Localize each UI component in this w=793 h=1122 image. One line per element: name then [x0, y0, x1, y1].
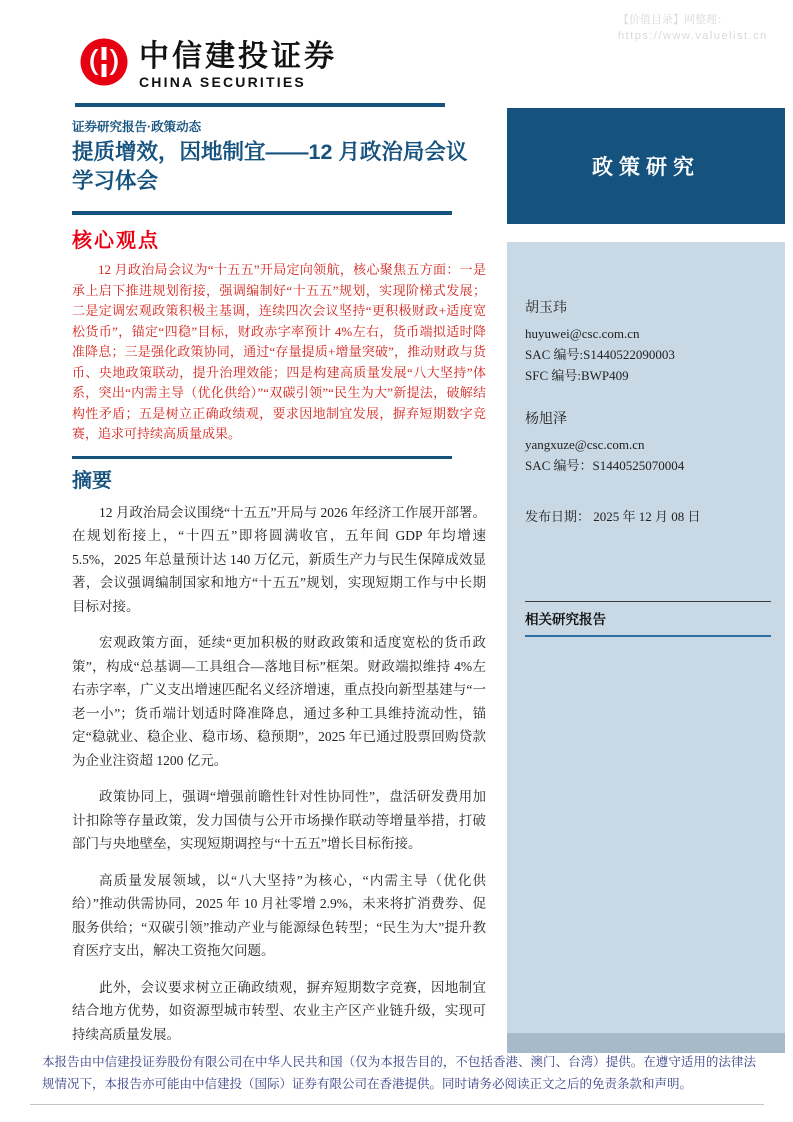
summary-paragraph: 此外，会议要求树立正确政绩观，摒弃短期数字竞赛，因地制宜结合地方优势，如资源型城…: [72, 976, 486, 1047]
analyst-block: 杨旭泽 yangxuze@csc.com.cn SAC 编号：S14405250…: [525, 408, 771, 476]
main-column: 证券研究报告·政策动态 提质增效，因地制宜——12 月政治局会议学习体会 核心观…: [72, 117, 486, 1059]
watermark: 【价值目录】网整理： https://www.valuelist.cn: [618, 12, 768, 44]
publish-date: 发布日期： 2025 年 12 月 08 日: [525, 506, 771, 525]
section-divider-core: [72, 211, 452, 215]
report-page: 【价值目录】网整理： https://www.valuelist.cn 中信建投…: [0, 0, 793, 1122]
category-banner-label: 政策研究: [592, 151, 700, 181]
analyst-name: 杨旭泽: [525, 408, 771, 428]
analyst-name: 胡玉玮: [525, 297, 771, 317]
footer-disclaimer: 本报告由中信建投证券股份有限公司在中华人民共和国（仅为本报告目的，不包括香港、澳…: [42, 1051, 756, 1095]
watermark-source: 【价值目录】网整理：: [618, 12, 768, 28]
sidebar-bottom-band: [507, 1033, 785, 1053]
summary-paragraph: 宏观政策方面，延续“更加积极的财政政策和适度宽松的货币政策”，构成“总基调—工具…: [72, 631, 486, 772]
analyst-email: yangxuze@csc.com.cn: [525, 434, 771, 455]
brand-name-en: CHINA SECURITIES: [139, 74, 337, 90]
summary-paragraph: 高质量发展领域，以“八大坚持”为核心，“内需主导（优化供给）”推动供需协同，20…: [72, 869, 486, 963]
related-reports-section: 相关研究报告: [525, 601, 771, 637]
section-divider-summary: [72, 456, 452, 459]
brand-header: 中信建投证券 CHINA SECURITIES: [80, 38, 337, 91]
brand-name-cn: 中信建投证券: [139, 40, 337, 74]
summary-heading: 摘要: [72, 464, 486, 493]
related-reports-heading: 相关研究报告: [525, 602, 771, 635]
core-view-text: 12 月政治局会议为“十五五”开局定向领航，核心聚焦五方面：一是承上启下推进规划…: [72, 260, 486, 445]
core-view-heading: 核心观点: [72, 224, 486, 253]
watermark-url: https://www.valuelist.cn: [618, 28, 768, 44]
report-series-label: 证券研究报告·政策动态: [72, 117, 486, 135]
summary-paragraph: 12 月政治局会议围绕“十五五”开局与 2026 年经济工作展开部署。在规划衔接…: [72, 501, 486, 619]
citic-logo-icon: [80, 38, 128, 91]
sidebar-panel: 胡玉玮 huyuwei@csc.com.cn SAC 编号:S144052209…: [507, 242, 785, 1033]
category-banner: 政策研究: [507, 108, 785, 224]
analyst-sac-number: SAC 编号:S1440522090003: [525, 344, 771, 365]
analyst-block: 胡玉玮 huyuwei@csc.com.cn SAC 编号:S144052209…: [525, 297, 771, 386]
analyst-sfc-number: SFC 编号:BWP409: [525, 365, 771, 386]
footer-divider: [30, 1104, 764, 1105]
report-title: 提质增效，因地制宜——12 月政治局会议学习体会: [72, 138, 486, 196]
analyst-email: huyuwei@csc.com.cn: [525, 323, 771, 344]
header-divider: [75, 103, 445, 107]
brand-name: 中信建投证券 CHINA SECURITIES: [139, 40, 337, 90]
summary-paragraph: 政策协同上，强调“增强前瞻性针对性协同性”，盘活研发费用加计扣除等存量政策，发力…: [72, 785, 486, 856]
analyst-sac-number: SAC 编号：S1440525070004: [525, 455, 771, 476]
summary-body: 12 月政治局会议围绕“十五五”开局与 2026 年经济工作展开部署。在规划衔接…: [72, 501, 486, 1047]
